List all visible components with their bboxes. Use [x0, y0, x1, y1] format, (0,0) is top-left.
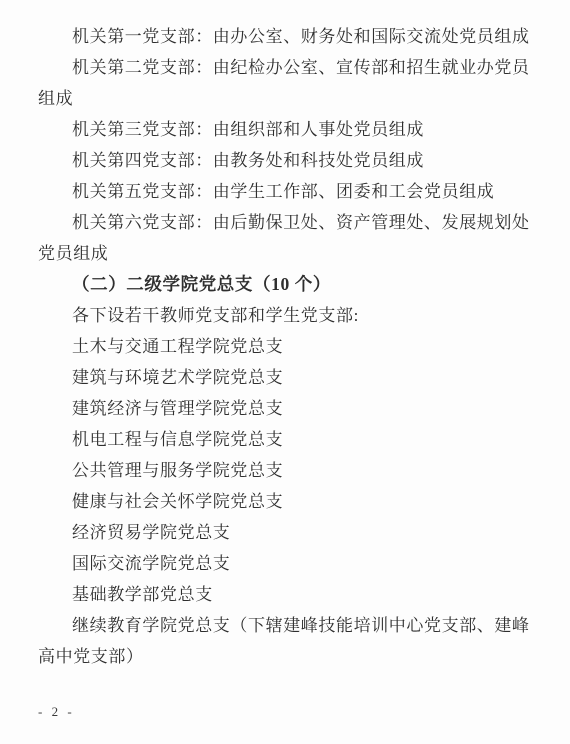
page-number: - 2 -: [38, 703, 75, 721]
document-body: 机关第一党支部：由办公室、财务处和国际交流处党员组成 机关第二党支部：由纪检办公…: [38, 21, 540, 672]
doc-line-college-2: 建筑与环境艺术学院党总支: [72, 362, 540, 393]
doc-line-college-6: 健康与社会关怀学院党总支: [72, 486, 540, 517]
doc-line-intro: 各下设若干教师党支部和学生党支部:: [72, 300, 540, 331]
section-heading-second: （二）二级学院党总支（10 个）: [72, 269, 540, 300]
doc-line-college-8: 国际交流学院党总支: [72, 548, 540, 579]
doc-line-college-1: 土木与交通工程学院党总支: [72, 331, 540, 362]
doc-line-college-4: 机电工程与信息学院党总支: [72, 424, 540, 455]
doc-line-college-10: 继续教育学院党总支（下辖建峰技能培训中心党支部、建峰: [72, 610, 540, 641]
doc-line-branch-1: 机关第一党支部：由办公室、财务处和国际交流处党员组成: [72, 21, 540, 52]
doc-line-college-7: 经济贸易学院党总支: [72, 517, 540, 548]
doc-line-college-5: 公共管理与服务学院党总支: [72, 455, 540, 486]
doc-line-college-10-cont: 高中党支部）: [38, 641, 540, 672]
doc-line-branch-3: 机关第三党支部：由组织部和人事处党员组成: [72, 114, 540, 145]
doc-line-college-9: 基础教学部党总支: [72, 579, 540, 610]
doc-line-branch-2-cont: 组成: [38, 83, 540, 114]
doc-line-branch-4: 机关第四党支部：由教务处和科技处党员组成: [72, 145, 540, 176]
doc-line-branch-2: 机关第二党支部：由纪检办公室、宣传部和招生就业办党员: [72, 52, 540, 83]
doc-line-college-3: 建筑经济与管理学院党总支: [72, 393, 540, 424]
doc-line-branch-6-cont: 党员组成: [38, 238, 540, 269]
document-page: 机关第一党支部：由办公室、财务处和国际交流处党员组成 机关第二党支部：由纪检办公…: [0, 0, 570, 744]
doc-line-branch-6: 机关第六党支部：由后勤保卫处、资产管理处、发展规划处: [72, 207, 540, 238]
doc-line-branch-5: 机关第五党支部：由学生工作部、团委和工会党员组成: [72, 176, 540, 207]
